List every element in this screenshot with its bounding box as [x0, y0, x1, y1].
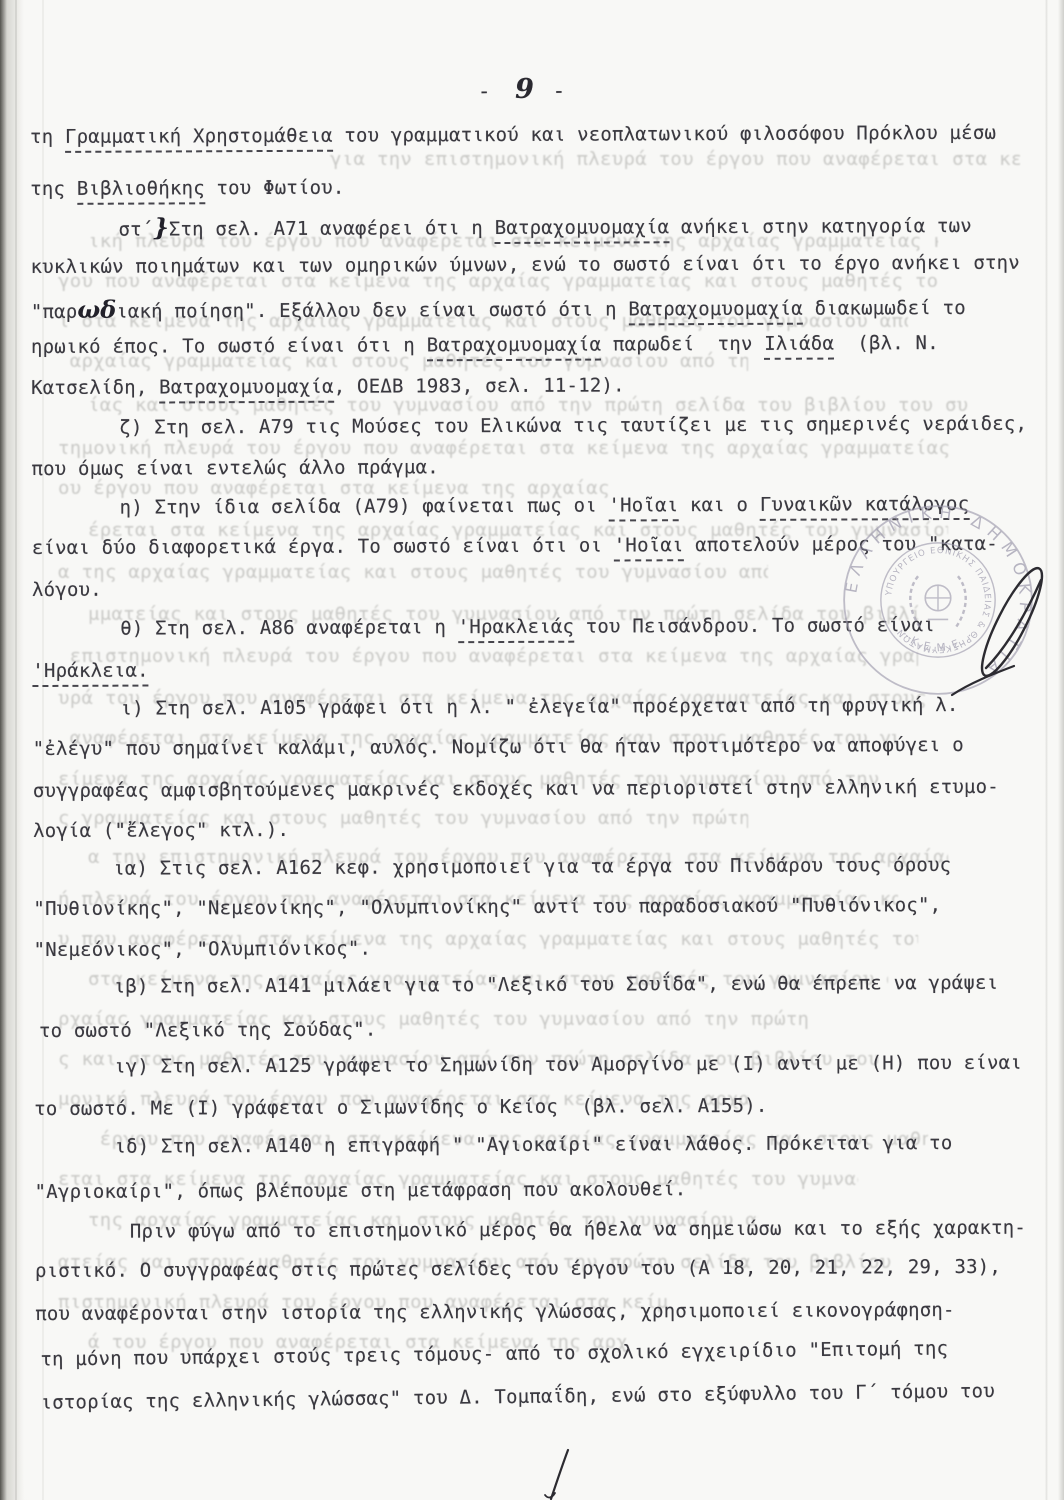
- text-line: 'Ηράκλεια.: [32, 662, 148, 682]
- handwritten-correction: }: [153, 212, 169, 241]
- text-segment: του γραμματικού και νεοπλατωνικού φιλοσό…: [333, 122, 997, 147]
- text-segment: του Φωτίου.: [205, 177, 345, 200]
- underlined-text: Βατραχομυομαχία: [628, 298, 803, 325]
- text-line: που όμως είναι εντελώς άλλο πράγμα.: [31, 458, 438, 479]
- text-line: θ) Στη σελ. Α86 αναφέρεται η 'Ηρακλειάς …: [120, 616, 935, 639]
- page-right-edge: [1058, 0, 1064, 1500]
- text-line: κυκλικών ποιημάτων και των ομηρικών ύμνω…: [31, 254, 1020, 277]
- text-line: "παρωδιακή ποίηση". Εξάλλου δεν είναι σω…: [31, 294, 966, 322]
- scanned-document-page: για την επιστημονική πλευρά του έργου πο…: [0, 0, 1064, 1500]
- stamp-emblem: [910, 576, 965, 627]
- underlined-text: 'Ηράκλεια.: [32, 660, 149, 687]
- text-segment: θ) Στη σελ. Α86 αναφέρεται η: [120, 616, 458, 639]
- page-number: - 9 -: [478, 76, 572, 103]
- underlined-text: Γραμματική Χρηστομάθεια: [65, 125, 333, 153]
- text-segment: κυκλικών ποιημάτων και των ομηρικών ύμνω…: [31, 252, 1020, 278]
- text-segment: τη: [30, 126, 65, 148]
- text-segment: "ἐλέγυ" που σημαίνει καλάμι, αυλός. Νομί…: [33, 734, 964, 760]
- text-segment: είναι δύο διαφορετικά έργα. Το σωστό είν…: [32, 535, 614, 560]
- text-segment: ι) Στη σελ. Α105 γράφει ότι η λ. " ἐλεγε…: [120, 694, 958, 720]
- text-segment: Στη σελ. Α71 αναφέρει ότι η: [169, 217, 495, 240]
- text-line: της Βιβλιοθήκης του Φωτίου.: [30, 179, 344, 199]
- text-segment: "Πυθιονίκης", "Νεμεονίκης", "Ολυμπιονίκη…: [33, 894, 941, 920]
- paper-fold-line: [1045, 0, 1048, 1500]
- text-segment: (βλ. Ν.: [834, 332, 939, 354]
- text-segment: το σωστό "Λεξικό της Σούδας".: [39, 1019, 377, 1042]
- text-segment: και ο: [678, 494, 760, 516]
- paper-crease: [15, 0, 17, 1500]
- text-line: ζ) Στη σελ. Α79 τις Μούσες του Ελικώνα τ…: [119, 415, 1027, 438]
- text-line: στ΄}Στη σελ. Α71 αναφέρει ότι η Βατραχομ…: [118, 212, 972, 240]
- typewritten-text-layer: - 9 -τη Γραμματική Χρηστομάθεια του γραμ…: [0, 0, 1064, 1500]
- text-line: "Νεμεόνικος", "Ολυμπιόνικος".: [34, 940, 372, 960]
- text-segment: ιγ) Στη σελ. Α125 γράφει το Σημωνίδη τον…: [114, 1052, 1022, 1078]
- text-segment: ριστικό. Ο συγγραφέας στις πρώτες σελίδε…: [35, 1256, 1001, 1282]
- text-line: που αναφέρονται στην ιστορία της ελληνικ…: [35, 1301, 955, 1324]
- underlined-text: Βατραχομυομαχία: [427, 334, 602, 361]
- underlined-text: Βιβλιοθήκης: [77, 177, 205, 204]
- text-line: ηρωικό έπος. Το σωστό είναι ότι η Βατραχ…: [31, 334, 939, 357]
- text-segment: ζ) Στη σελ. Α79 τις Μούσες του Ελικώνα τ…: [119, 413, 1027, 439]
- text-segment: ηρωικό έπος. Το σωστό είναι ότι η: [31, 334, 427, 358]
- handwritten-correction: ωδ: [77, 295, 116, 324]
- text-segment: συγγραφέας αμφισβητούμενες μακρινές εκδο…: [33, 776, 999, 802]
- text-line: ια) Στις σελ. Α162 κεφ. χρησιμοποιεί για…: [113, 856, 951, 879]
- text-segment: Πριν φύγω από το επιστημονικό μέρος θα ή…: [130, 1217, 1026, 1243]
- book-gutter-shadow: [0, 0, 26, 1500]
- text-segment: στ΄: [118, 219, 153, 241]
- ministry-round-stamp: ΕΛΛΗΝΙΚΗ ΔΗΜΟΚΡΑΤΙΑ ΥΠΟΥΡΓΕΙΟ ΕΘΝΙΚΗΣ ΠΑ…: [838, 500, 1038, 700]
- text-line: "Αγριοκαίρι", όπως βλέπουμε στη μετάφρασ…: [35, 1180, 687, 1202]
- text-segment: ιακή ποίηση". Εξάλλου δεν είναι σωστό ότ…: [116, 298, 628, 322]
- text-segment: διακωμωδεί το: [803, 297, 966, 320]
- text-segment: ιβ) Στη σελ. Α141 μιλάει για το "Λεξικό …: [114, 972, 999, 998]
- text-segment: παρωδεί την: [601, 333, 764, 356]
- text-segment: τη μόνη που υπάρχει στούς τρεις τόμους- …: [40, 1337, 948, 1370]
- text-segment: ια) Στις σελ. Α162 κεφ. χρησιμοποιεί για…: [113, 854, 951, 880]
- underlined-text: 'Ηρακλειάς: [458, 616, 575, 643]
- text-line: ιστορίας της ελληνικής γλώσσας" του Δ. Τ…: [40, 1382, 995, 1413]
- text-segment: -: [534, 79, 571, 103]
- text-segment: που όμως είναι εντελώς άλλο πράγμα.: [31, 456, 438, 480]
- text-segment: που αναφέρονται στην ιστορία της ελληνικ…: [35, 1299, 955, 1325]
- text-segment: , ΟΕΔΒ 1983, σελ. 11-12).: [334, 374, 625, 397]
- text-line: το σωστό "Λεξικό της Σούδας".: [39, 1021, 377, 1041]
- text-segment: η) Στην ίδια σελίδα (Α79) φαίνεται πως ο…: [120, 495, 609, 519]
- text-segment: ιστορίας της ελληνικής γλώσσας" του Δ. Τ…: [40, 1380, 995, 1414]
- text-line: "Πυθιονίκης", "Νεμεονίκης", "Ολυμπιονίκη…: [33, 896, 941, 919]
- underlined-text: Βατραχομυομαχία: [495, 216, 670, 243]
- text-segment: ιδ) Στη σελ. Α140 η επιγραφή " "Αγιοκαίρ…: [114, 1132, 952, 1158]
- text-line: ι) Στη σελ. Α105 γράφει ότι η λ. " ἐλεγε…: [120, 696, 958, 719]
- text-line: ιγ) Στη σελ. Α125 γράφει το Σημωνίδη τον…: [114, 1054, 1022, 1077]
- handwritten-correction: 9: [515, 74, 534, 105]
- underlined-text: 'Ηοῖαι: [608, 494, 678, 521]
- text-segment: "Νεμεόνικος", "Ολυμπιόνικος".: [34, 938, 372, 961]
- text-segment: "παρ: [31, 301, 78, 323]
- text-segment: της: [30, 178, 77, 200]
- underlined-text: Ιλιάδα: [764, 333, 834, 360]
- text-segment: -: [478, 79, 515, 103]
- text-line: ριστικό. Ο συγγραφέας στις πρώτες σελίδε…: [35, 1258, 1001, 1281]
- text-line: Πριν φύγω από το επιστημονικό μέρος θα ή…: [130, 1219, 1026, 1242]
- underlined-text: Βατραχομυομαχία: [159, 376, 334, 403]
- text-segment: ανήκει στην κατηγορία των: [669, 215, 972, 238]
- text-line: ιβ) Στη σελ. Α141 μιλάει για το "Λεξικό …: [114, 974, 999, 997]
- text-segment: "Αγριοκαίρι", όπως βλέπουμε στη μετάφρασ…: [35, 1178, 687, 1203]
- underlined-text: 'Ηοῖαι: [614, 534, 684, 561]
- text-segment: Κατσελίδη,: [31, 376, 159, 399]
- paper-crease: [42, 0, 44, 1500]
- text-segment: λογία ("ἔλεγος" κτλ.).: [33, 819, 289, 842]
- text-line: τη Γραμματική Χρηστομάθεια του γραμματικ…: [30, 124, 996, 147]
- text-line: "ἐλέγυ" που σημαίνει καλάμι, αυλός. Νομί…: [33, 736, 964, 759]
- text-line: λογία ("ἔλεγος" κτλ.).: [33, 821, 289, 841]
- text-line: τη μόνη που υπάρχει στούς τρεις τόμους- …: [40, 1339, 948, 1369]
- text-line: το σωστό. Με (Ι) γράφεται ο Σιμωνίδης ο …: [34, 1097, 767, 1119]
- text-line: ιδ) Στη σελ. Α140 η επιγραφή " "Αγιοκαίρ…: [114, 1134, 952, 1157]
- text-line: συγγραφέας αμφισβητούμενες μακρινές εκδο…: [33, 778, 999, 801]
- text-segment: το σωστό. Με (Ι) γράφεται ο Σιμωνίδης ο …: [34, 1095, 767, 1120]
- text-line: Κατσελίδη, Βατραχομυομαχία, ΟΕΔΒ 1983, σ…: [31, 376, 625, 398]
